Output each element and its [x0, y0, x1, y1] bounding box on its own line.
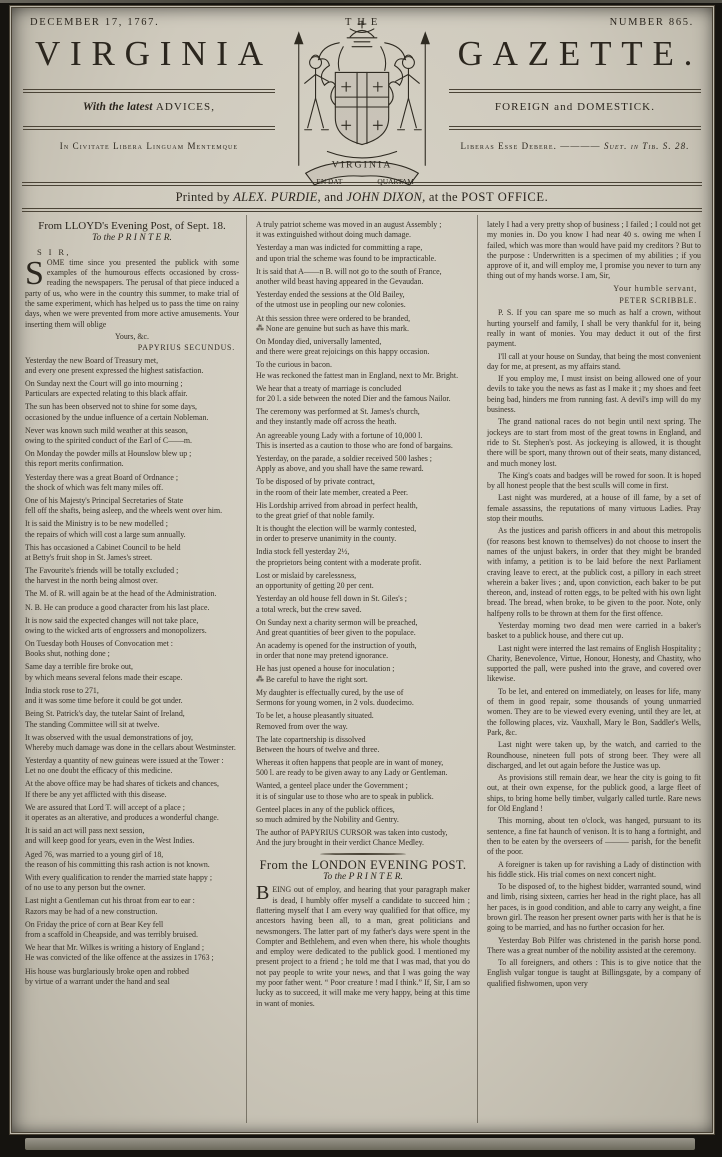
cross-reading-line: The Favourite's friends will be totally …	[25, 566, 239, 576]
cross-reading-line: Particulars are expected relating to thi…	[25, 389, 239, 399]
cross-reading-line: a total wreck, but the crew saved.	[256, 605, 470, 615]
masthead-left-half: VIRGINIA With the latest ADVICES, In Civ…	[20, 30, 278, 182]
cross-reading-line: from a scaffold in Cheapside, and was te…	[25, 930, 239, 940]
cross-reading-line: and will keep good for years, even in th…	[25, 836, 239, 846]
cross-reading-item: India stock fell yesterday 2½,the propri…	[256, 547, 470, 568]
issue-date: DECEMBER 17, 1767.	[30, 17, 251, 28]
cross-reading-item: It is said that A——n B. will not go to t…	[256, 267, 470, 288]
news-paragraph: Last night was murdered, at a house of i…	[487, 493, 701, 524]
cross-reading-line: To be disposed of by private contract,	[256, 477, 470, 487]
news-paragraph: If you employ me, I must insist on being…	[487, 374, 701, 415]
cross-reading-line: We are assured that Lord T. will accept …	[25, 803, 239, 813]
cross-reading-item: India stock rose to 271,and it was some …	[25, 686, 239, 707]
cross-reading-line: At this session three were ordered to be…	[256, 314, 470, 324]
cross-reading-line: occasioned by the undue influence of a c…	[25, 413, 239, 423]
cross-reading-line: an opportunity of getting 20 per cent.	[256, 581, 470, 591]
cross-reading-line: We hear that a treaty of marriage is con…	[256, 384, 470, 394]
cross-reading-line: this report merits confirmation.	[25, 459, 239, 469]
motto-left: In Civitate Libera Linguam Mentemque	[20, 141, 278, 151]
double-rule	[23, 126, 275, 130]
scanned-page-background: DECEMBER 17, 1767. T H E NUMBER 865. VIR…	[0, 0, 722, 1157]
cross-reading-line: On Tuesday both Houses of Convocation me…	[25, 639, 239, 649]
masthead-main: VIRGINIA With the latest ADVICES, In Civ…	[16, 30, 708, 182]
cross-reading-line: An agreeable young Lady with a fortune o…	[256, 431, 470, 441]
double-rule	[449, 89, 701, 93]
title-virginia: VIRGINIA	[20, 34, 278, 74]
cross-reading-item: At the above office may be had shares of…	[25, 779, 239, 800]
cross-reading-line: by virtue of a warrant under the hand an…	[25, 977, 239, 987]
cross-reading-line: Last night a Gentleman cut his throat fr…	[25, 896, 239, 906]
cross-reading-item: One of his Majesty's Principal Secretari…	[25, 496, 239, 517]
cross-reading-line: the repairs of which will cost a large s…	[25, 530, 239, 540]
news-paragraph: The King's coats and badges will be rowe…	[487, 471, 701, 492]
drop-cap: B	[256, 885, 272, 901]
cross-reading-item: On Tuesday both Houses of Convocation me…	[25, 639, 239, 660]
article-columns: From LLOYD's Evening Post, of Sept. 18.T…	[16, 215, 708, 1123]
cross-reading-line: The ceremony was performed at St. James'…	[256, 407, 470, 417]
news-paragraph: I'll call at your house on Sunday, that …	[487, 352, 701, 373]
masthead: DECEMBER 17, 1767. T H E NUMBER 865. VIR…	[16, 10, 708, 212]
advices-line: With the latest ADVICES,	[20, 101, 278, 113]
to-the-printer-heading: To the P R I N T E R.	[25, 233, 239, 243]
cross-reading-item: To be disposed of by private contract,in…	[256, 477, 470, 498]
cross-reading-line: It is thought the election will be warml…	[256, 524, 470, 534]
cross-reading-item: Yesterday a quantity of new guineas were…	[25, 756, 239, 777]
cross-reading-line: Yesterday ended the sessions at the Old …	[256, 290, 470, 300]
cross-reading-line: He has just opened a house for inoculati…	[256, 664, 470, 674]
foreign-domestick-line: FOREIGN and DOMESTICK.	[446, 101, 704, 113]
cross-reading-item: Yesterday a man was indicted for committ…	[256, 243, 470, 264]
cross-reading-item: Same day a terrible fire broke out,by wh…	[25, 662, 239, 683]
cross-reading-line: Apply as above, and you shall have the s…	[256, 464, 470, 474]
issue-number: NUMBER 865.	[473, 17, 694, 28]
cross-reading-item: On Friday the price of corn at Bear Key …	[25, 920, 239, 941]
cross-reading-line: Let no one doubt the efficacy of this me…	[25, 766, 239, 776]
cross-reading-line: so much admired by the Nobility and Gent…	[256, 815, 470, 825]
cross-reading-item: It is now said the expected changes will…	[25, 616, 239, 637]
news-paragraph: Yesterday Bob Pilfer was christened in t…	[487, 936, 701, 957]
cross-reading-item: Wanted, a genteel place under the Govern…	[256, 781, 470, 802]
cross-reading-line: and they instantly made off across the h…	[256, 417, 470, 427]
cross-reading-item: We are assured that Lord T. will accept …	[25, 803, 239, 824]
cross-reading-item: The author of PAPYRIUS CURSOR was taken …	[256, 828, 470, 849]
cross-reading-item: Aged 76, was married to a young girl of …	[25, 850, 239, 871]
imprint-prefix: Printed by	[176, 190, 234, 204]
advices-script-text: With the latest	[83, 101, 153, 113]
cross-reading-line: India stock rose to 271,	[25, 686, 239, 696]
cross-reading-line: of the utmost use in peopling our new co…	[256, 300, 470, 310]
cross-reading-line: ⁂ None are genuine but such as have this…	[256, 324, 470, 334]
letter-paragraph: SOME time since you presented the public…	[25, 258, 239, 330]
cross-reading-item: Yesterday an old house fell down in St. …	[256, 594, 470, 615]
masthead-right-half: GAZETTE. FOREIGN and DOMESTICK. Liberas …	[446, 30, 704, 182]
london-evening-post-heading: From the LONDON EVENING POST.	[256, 860, 470, 870]
cross-reading-line: in the room of their late member, create…	[256, 488, 470, 498]
cross-reading-line: another wild beast having appeared in th…	[256, 277, 470, 287]
section-divider	[320, 853, 406, 855]
cross-reading-item: Yesterday there was a great Board of Ord…	[25, 473, 239, 494]
cross-reading-item: Yesterday the new Board of Treasury met,…	[25, 356, 239, 377]
column-3: lately I had a very pretty shop of busin…	[477, 215, 708, 1123]
column-2: A truly patriot scheme was moved in an a…	[246, 215, 477, 1123]
cross-reading-line: The sun has been observed not to shine f…	[25, 402, 239, 412]
cross-reading-line: Whereby much damage was done in the cell…	[25, 743, 239, 753]
cross-reading-line: An academy is opened for the instruction…	[256, 641, 470, 651]
arms-banner-text: VIRGINIA	[332, 159, 393, 170]
cross-reading-item: To be let, a house pleasantly situated.R…	[256, 711, 470, 732]
cross-reading-line: at Betty's fruit shop in St. James's str…	[25, 553, 239, 563]
cross-reading-line: in order to preserve unanimity in the co…	[256, 534, 470, 544]
cross-reading-line: On Monday the powder mills at Hounslow b…	[25, 449, 239, 459]
cross-reading-line: Whereas it often happens that people are…	[256, 758, 470, 768]
letter-signature: PETER SCRIBBLE.	[487, 296, 697, 306]
letter-body-text: OME time since you presented the publick…	[25, 258, 239, 329]
cross-reading-line: The standing Committee will sit at twelv…	[25, 720, 239, 730]
motto-right-main: Liberas Esse Debere. ————	[460, 141, 604, 151]
news-paragraph: Last night were interred the last remain…	[487, 644, 701, 685]
cross-reading-line: for 20 l. a side between the noted Dier …	[256, 394, 470, 404]
cross-reading-line: Yesterday a quantity of new guineas were…	[25, 756, 239, 766]
cross-reading-line: To the curious in bacon.	[256, 360, 470, 370]
title-gazette: GAZETTE.	[446, 34, 704, 74]
post-office-text: POST OFFICE.	[461, 190, 548, 204]
cross-reading-line: 500 l. are ready to be given away to any…	[256, 768, 470, 778]
cross-reading-line: It was observed with the usual demonstra…	[25, 733, 239, 743]
arms-motto-right-text: QUARTAM	[377, 177, 414, 186]
cross-reading-item: The ceremony was performed at St. James'…	[256, 407, 470, 428]
cross-reading-line: to the great grief of that noble family.	[256, 511, 470, 521]
cross-reading-item: It was observed with the usual demonstra…	[25, 733, 239, 754]
cross-reading-line: Yesterday, on the parade, a soldier rece…	[256, 454, 470, 464]
cross-reading-line: It is said the Ministry is to be new mod…	[25, 519, 239, 529]
cross-reading-line: My daughter is effectually cured, by the…	[256, 688, 470, 698]
cross-reading-line: and it was some time before it could be …	[25, 696, 239, 706]
cross-reading-item: This has occasioned a Cabinet Council to…	[25, 543, 239, 564]
cross-reading-line: of no use to any person but the owner.	[25, 883, 239, 893]
cross-reading-item: The M. of R. will again be at the head o…	[25, 589, 239, 599]
masthead-center: VIRGINIA EN DAT QUARTAM	[278, 30, 446, 182]
cross-reading-line: It is now said the expected changes will…	[25, 616, 239, 626]
motto-citation: Suet. in Tib. S. 28.	[604, 141, 690, 151]
cross-reading-line: If there be any yet afflicted with this …	[25, 790, 239, 800]
cross-reading-line: Same day a terrible fire broke out,	[25, 662, 239, 672]
cross-reading-line: The M. of R. will again be at the head o…	[25, 589, 239, 599]
cross-reading-line: Yesterday there was a great Board of Ord…	[25, 473, 239, 483]
cross-reading-line: it operates as an alterative, and produc…	[25, 813, 239, 823]
cross-reading-line: The late copartnership is dissolved	[256, 735, 470, 745]
cross-reading-line: owing to the wicked arts of engrossers a…	[25, 626, 239, 636]
cross-reading-line: On Sunday next the Court will go into mo…	[25, 379, 239, 389]
cross-reading-item: At this session three were ordered to be…	[256, 314, 470, 335]
cross-reading-item: An academy is opened for the instruction…	[256, 641, 470, 662]
cross-reading-line: This is inserted as a caution to those w…	[256, 441, 470, 451]
news-paragraph: P. S. If you can spare me so much as hal…	[487, 308, 701, 349]
letter-closing: Your humble servant,	[487, 284, 697, 294]
cross-reading-item: On Monday died, universally lamented,and…	[256, 337, 470, 358]
cross-reading-item: His house was burglariously broke open a…	[25, 967, 239, 988]
cross-reading-line: Razors may be had of a new construction.	[25, 907, 239, 917]
cross-reading-line: Aged 76, was married to a young girl of …	[25, 850, 239, 860]
cross-reading-item: His Lordship arrived from abroad in perf…	[256, 501, 470, 522]
cross-reading-item: On Monday the powder mills at Hounslow b…	[25, 449, 239, 470]
virginia-coat-of-arms-icon: VIRGINIA EN DAT QUARTAM	[278, 17, 446, 199]
cross-reading-line: and every one present expressed the high…	[25, 366, 239, 376]
cross-reading-line: With every qualification to render the m…	[25, 873, 239, 883]
news-paragraph: As provisions still remain dear, we hear…	[487, 773, 701, 814]
cross-reading-line: fell off the shafts, being asleep, and t…	[25, 506, 239, 516]
arms-motto-left-text: EN DAT	[316, 177, 343, 186]
cross-reading-line: We hear that Mr. Wilkes is writing a his…	[25, 943, 239, 953]
cross-reading-line: it is of singular use to those who are t…	[256, 792, 470, 802]
news-paragraph: Last night were taken up, by the watch, …	[487, 740, 701, 771]
cross-reading-line: His Lordship arrived from abroad in perf…	[256, 501, 470, 511]
cross-reading-line: N. B. He can produce a good character fr…	[25, 603, 239, 613]
cross-reading-item: We hear that Mr. Wilkes is writing a his…	[25, 943, 239, 964]
cross-reading-item: To the curious in bacon.He was reckoned …	[256, 360, 470, 381]
cross-reading-item: He has just opened a house for inoculati…	[256, 664, 470, 685]
letter-body-text: EING out of employ, and hearing that you…	[256, 885, 470, 1007]
cross-reading-line: Yesterday an old house fell down in St. …	[256, 594, 470, 604]
cross-reading-item: Being St. Patrick's day, the tutelar Sai…	[25, 709, 239, 730]
to-the-printer-heading: To the P R I N T E R.	[256, 872, 470, 882]
cross-reading-line: in order that none may pretend ignorance…	[256, 651, 470, 661]
cross-reading-line: and there were great rejoicings on this …	[256, 347, 470, 357]
cross-reading-line: It is said an act will pass next session…	[25, 826, 239, 836]
double-rule	[23, 89, 275, 93]
cross-reading-line: Never was known such mild weather at thi…	[25, 426, 239, 436]
cross-reading-line: the reason of his committing this rash a…	[25, 860, 239, 870]
cross-reading-line: the proprietors being content with a mod…	[256, 558, 470, 568]
cross-reading-line: Being St. Patrick's day, the tutelar Sai…	[25, 709, 239, 719]
cross-reading-item: Yesterday, on the parade, a soldier rece…	[256, 454, 470, 475]
double-rule	[22, 208, 702, 212]
cross-reading-item: A truly patriot scheme was moved in an a…	[256, 220, 470, 241]
cross-reading-line: And the jury brought in their verdict Ch…	[256, 838, 470, 848]
cross-reading-item: On Sunday next a charity sermon will be …	[256, 618, 470, 639]
cross-reading-line: On Friday the price of corn at Bear Key …	[25, 920, 239, 930]
cross-reading-line: To be let, a house pleasantly situated.	[256, 711, 470, 721]
cross-reading-line: Genteel places in any of the publick off…	[256, 805, 470, 815]
page-bottom-edge	[25, 1138, 695, 1150]
cross-reading-line: Between the hours of twelve and three.	[256, 745, 470, 755]
cross-reading-line: It is said that A——n B. will not go to t…	[256, 267, 470, 277]
cross-reading-item: Yesterday ended the sessions at the Old …	[256, 290, 470, 311]
news-paragraph: As the justices and parish officers in a…	[487, 526, 701, 619]
cross-reading-line: A truly patriot scheme was moved in an a…	[256, 220, 470, 230]
cross-reading-line: He was reckoned the fattest man in Engla…	[256, 371, 470, 381]
cross-reading-item: The sun has been observed not to shine f…	[25, 402, 239, 423]
news-paragraph: To all foreigners, and others : This is …	[487, 958, 701, 989]
cross-reading-item: It is thought the election will be warml…	[256, 524, 470, 545]
letter-signature: PAPYRIUS SECUNDUS.	[25, 343, 235, 353]
cross-reading-item: Genteel places in any of the publick off…	[256, 805, 470, 826]
cross-reading-line: the shock of which was felt many miles o…	[25, 483, 239, 493]
cross-reading-line: One of his Majesty's Principal Secretari…	[25, 496, 239, 506]
cross-reading-item: We hear that a treaty of marriage is con…	[256, 384, 470, 405]
news-paragraph: Yesterday morning two dead men were carr…	[487, 621, 701, 642]
cross-reading-item: On Sunday next the Court will go into mo…	[25, 379, 239, 400]
cross-reading-line: Wanted, a genteel place under the Govern…	[256, 781, 470, 791]
cross-reading-item: With every qualification to render the m…	[25, 873, 239, 894]
cross-reading-line: owing to the spirited conduct of the Ear…	[25, 436, 239, 446]
cross-reading-line: Removed from over the way.	[256, 722, 470, 732]
cross-reading-line: Sermons for young women, in 2 vols. duod…	[256, 698, 470, 708]
cross-reading-line: Lost or mislaid by carelessness,	[256, 571, 470, 581]
cross-reading-line: it was extinguished without doing much d…	[256, 230, 470, 240]
salutation: S I R,	[37, 247, 239, 257]
cross-reading-line: by which means several felons made their…	[25, 673, 239, 683]
cross-reading-item: N. B. He can produce a good character fr…	[25, 603, 239, 613]
cross-reading-line: ⁂ Be careful to have the right sort.	[256, 675, 470, 685]
newspaper-sheet: DECEMBER 17, 1767. T H E NUMBER 865. VIR…	[9, 5, 715, 1135]
cross-reading-item: Lost or mislaid by carelessness,an oppor…	[256, 571, 470, 592]
cross-reading-line: He was convicted of the like offence at …	[25, 953, 239, 963]
cross-reading-line: the harvest in the north being almost ov…	[25, 576, 239, 586]
column-1: From LLOYD's Evening Post, of Sept. 18.T…	[16, 215, 246, 1123]
news-paragraph: lately I had a very pretty shop of busin…	[487, 220, 701, 282]
cross-reading-line: Books shut, nothing done ;	[25, 649, 239, 659]
cross-reading-item: My daughter is effectually cured, by the…	[256, 688, 470, 709]
cross-reading-line: And great quantities of beer given to th…	[256, 628, 470, 638]
cross-reading-item: Whereas it often happens that people are…	[256, 758, 470, 779]
news-paragraph: To be let, and entered on immediately, o…	[487, 687, 701, 738]
news-paragraph: The grand national races do not begin un…	[487, 417, 701, 468]
cross-reading-line: Yesterday the new Board of Treasury met,	[25, 356, 239, 366]
news-paragraph: To be disposed of, to the highest bidder…	[487, 882, 701, 933]
cross-reading-line: This has occasioned a Cabinet Council to…	[25, 543, 239, 553]
drop-cap: S	[25, 258, 47, 286]
cross-reading-item: The Favourite's friends will be totally …	[25, 566, 239, 587]
cross-reading-line: The author of PAPYRIUS CURSOR was taken …	[256, 828, 470, 838]
cross-reading-line: On Sunday next a charity sermon will be …	[256, 618, 470, 628]
cross-reading-line: Yesterday a man was indicted for committ…	[256, 243, 470, 253]
news-paragraph: This morning, about ten o'clock, was han…	[487, 816, 701, 857]
cross-reading-line: His house was burglariously broke open a…	[25, 967, 239, 977]
cross-reading-line: On Monday died, universally lamented,	[256, 337, 470, 347]
cross-reading-line: At the above office may be had shares of…	[25, 779, 239, 789]
motto-right: Liberas Esse Debere. ———— Suet. in Tib. …	[446, 141, 704, 151]
cross-reading-item: Last night a Gentleman cut his throat fr…	[25, 896, 239, 917]
news-paragraph: A foreigner is taken up for ravishing a …	[487, 860, 701, 881]
cross-reading-item: It is said an act will pass next session…	[25, 826, 239, 847]
cross-reading-item: It is said the Ministry is to be new mod…	[25, 519, 239, 540]
cross-reading-item: Never was known such mild weather at thi…	[25, 426, 239, 447]
lloyds-post-heading: From LLOYD's Evening Post, of Sept. 18.	[25, 221, 239, 231]
letter-paragraph: BEING out of employ, and hearing that yo…	[256, 885, 470, 1009]
cross-reading-item: The late copartnership is dissolvedBetwe…	[256, 735, 470, 756]
letter-closing: Yours, &c.	[25, 332, 239, 342]
advices-caps-text: ADVICES,	[156, 101, 215, 113]
cross-reading-line: and upon trial the scheme was found to b…	[256, 254, 470, 264]
cross-reading-item: An agreeable young Lady with a fortune o…	[256, 431, 470, 452]
double-rule	[449, 126, 701, 130]
cross-reading-line: India stock fell yesterday 2½,	[256, 547, 470, 557]
